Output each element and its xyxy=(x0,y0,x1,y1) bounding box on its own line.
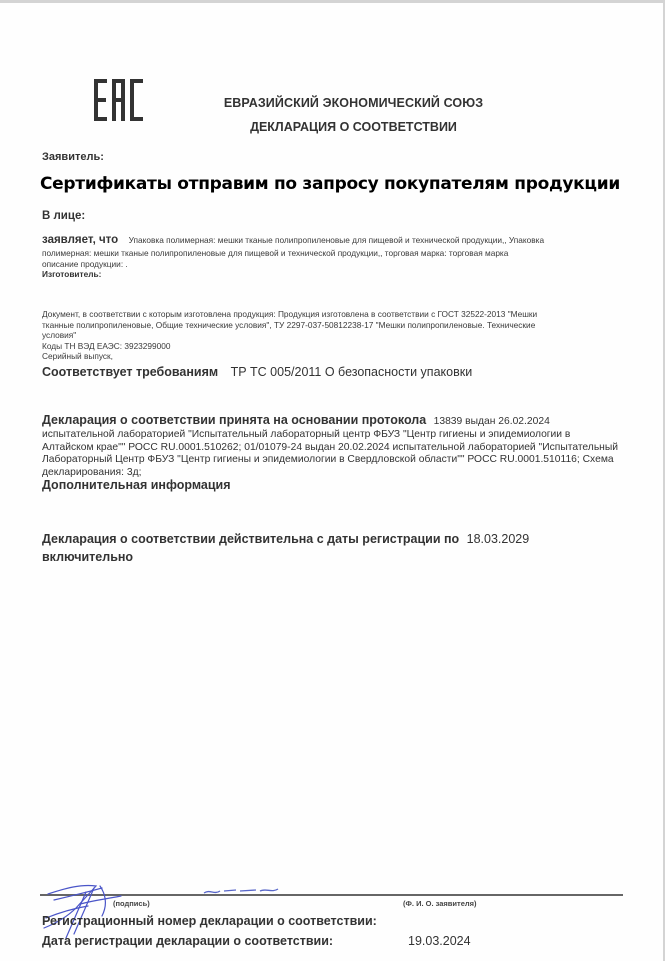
registration-number-label: Регистрационный номер декларации о соотв… xyxy=(42,914,377,928)
complies-label: Соответствует требованиям xyxy=(42,365,218,379)
complies-section: Соответствует требованиям ТР ТС 005/2011… xyxy=(42,363,472,381)
manufacturer-label: Изготовитель: xyxy=(42,269,642,280)
protocol-number: 13839 выдан 26.02.2024 xyxy=(434,416,550,427)
validity-label: Декларация о соответствии действительна … xyxy=(42,532,459,546)
applicant-label: Заявитель: xyxy=(42,151,104,163)
represented-by-label: В лице: xyxy=(42,210,85,222)
notice-banner: Сертификаты отправим по запросу покупате… xyxy=(40,174,620,194)
declares-line-2: полимерная: мешки тканые полипропиленовы… xyxy=(42,248,642,259)
additional-info-label: Дополнительная информация xyxy=(42,478,231,492)
document-title: ДЕКЛАРАЦИЯ О СООТВЕТСТВИИ xyxy=(0,120,667,134)
protocol-label: Декларация о соответствии принята на осн… xyxy=(42,413,426,427)
validity-date: 18.03.2029 xyxy=(467,532,530,546)
production-doc-line-1: Документ, в соответствии с которым изгот… xyxy=(42,309,642,320)
declares-line-3: описание продукции: . xyxy=(42,259,642,270)
declares-label: заявляет, что xyxy=(42,234,118,246)
serial-release: Серийный выпуск, xyxy=(42,351,642,362)
declares-line-1: Упаковка полимерная: мешки тканые полипр… xyxy=(129,235,544,245)
complies-value: ТР ТС 005/2011 О безопасности упаковки xyxy=(231,365,473,379)
stamp-fragment-icon xyxy=(200,885,280,897)
hs-codes: Коды ТН ВЭД ЕАЭС: 3923299000 xyxy=(42,341,642,352)
protocol-line-1: испытательной лабораторией "Испытательны… xyxy=(42,429,652,442)
validity-section: Декларация о соответствии действительна … xyxy=(42,530,642,564)
validity-suffix: включительно xyxy=(42,550,642,564)
registration-date-value: 19.03.2024 xyxy=(408,934,471,948)
protocol-line-3: Лабораторный Центр ФБУЗ "Центр гигиены и… xyxy=(42,454,652,467)
declares-section: заявляет, что Упаковка полимерная: мешки… xyxy=(42,230,642,280)
protocol-line-2: Алтайском крае"" РОСС RU.0001.510262; 01… xyxy=(42,442,652,455)
production-document-section: Документ, в соответствии с которым изгот… xyxy=(42,309,642,362)
applicant-name-caption: (Ф. И. О. заявителя) xyxy=(403,899,477,908)
production-doc-line-2: тканные полипропиленовые, Общие техничес… xyxy=(42,320,642,331)
handwritten-signature-icon xyxy=(36,878,156,940)
production-doc-line-3: условия" xyxy=(42,330,642,341)
registration-date-label: Дата регистрации декларации о соответств… xyxy=(42,934,333,948)
protocol-section: Декларация о соответствии принята на осн… xyxy=(42,411,652,479)
union-title: ЕВРАЗИЙСКИЙ ЭКОНОМИЧЕСКИЙ СОЮЗ xyxy=(0,96,667,110)
